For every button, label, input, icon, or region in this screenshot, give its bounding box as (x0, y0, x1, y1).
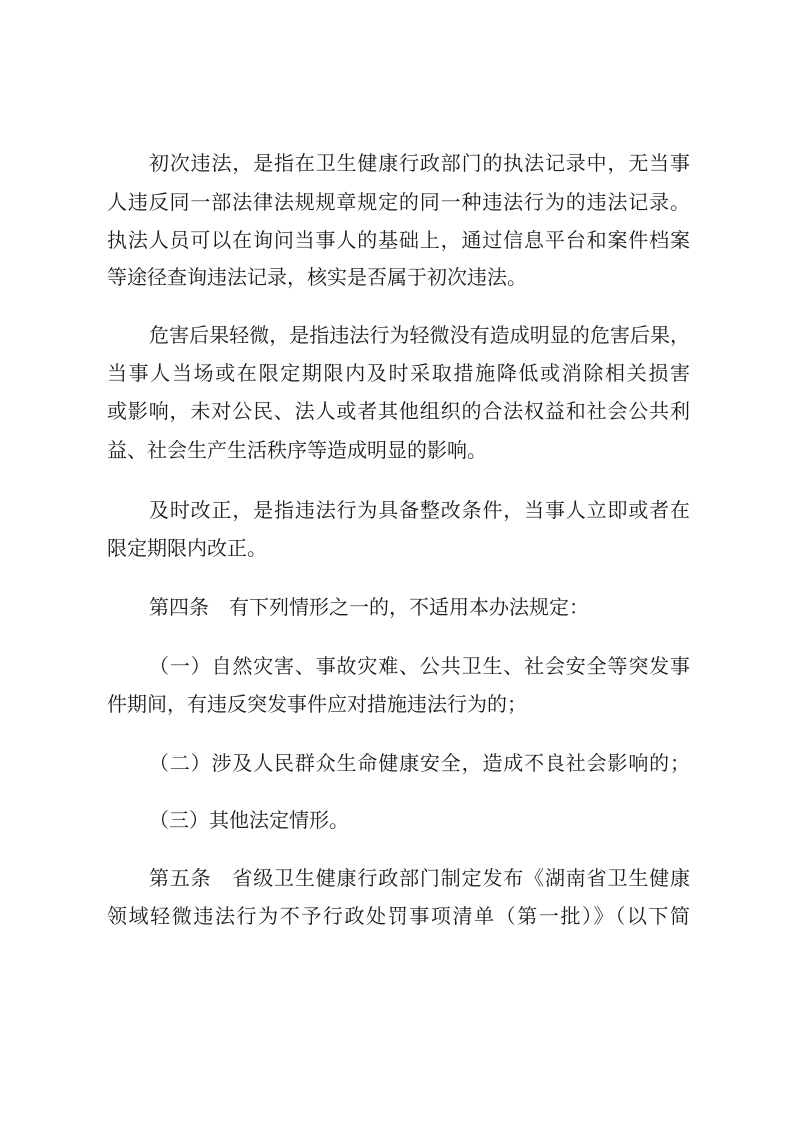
list-item-line: 件期间，有违反突发事件应对措施违法行为的； (107, 689, 690, 719)
paragraph-line: 当事人当场或在限定期限内及时采取措施降低或消除相关损害 (107, 358, 690, 388)
paragraph-line: 或影响，未对公民、法人或者其他组织的合法权益和社会公共利 (107, 396, 690, 426)
list-item-line: （一）自然灾害、事故灾难、公共卫生、社会安全等突发事 (149, 651, 690, 681)
list-item-line: （三）其他法定情形。 (149, 805, 690, 835)
article-heading: 第四条 有下列情形之一的，不适用本办法规定： (149, 592, 690, 622)
paragraph-line: 益、社会生产生活秩序等造成明显的影响。 (107, 435, 690, 465)
paragraph-line: 领域轻微违法行为不予行政处罚事项清单（第一批）》（以下简 (107, 901, 690, 931)
paragraph-line: 初次违法，是指在卫生健康行政部门的执法记录中，无当事 (149, 148, 690, 178)
paragraph-line: 限定期限内改正。 (107, 533, 690, 563)
list-item-line: （二）涉及人民群众生命健康安全，造成不良社会影响的； (149, 748, 690, 778)
paragraph-line: 执法人员可以在询问当事人的基础上，通过信息平台和案件档案 (107, 225, 690, 255)
paragraph-line: 危害后果轻微，是指违法行为轻微没有造成明显的危害后果， (149, 320, 690, 350)
document-page: 初次违法，是指在卫生健康行政部门的执法记录中，无当事 人违反同一部法律法规规章规… (0, 0, 793, 1122)
paragraph-line: 等途径查询违法记录，核实是否属于初次违法。 (107, 262, 690, 292)
paragraph-line: 及时改正，是指违法行为具备整改条件，当事人立即或者在 (149, 495, 690, 525)
paragraph-line: 人违反同一部法律法规规章规定的同一种违法行为的违法记录。 (107, 187, 690, 217)
article-heading: 第五条 省级卫生健康行政部门制定发布《湖南省卫生健康 (149, 863, 690, 893)
